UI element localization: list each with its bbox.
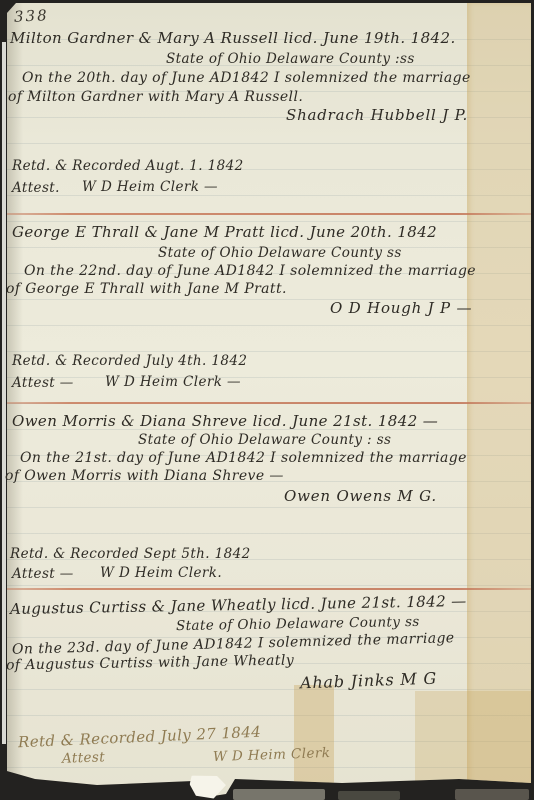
scanned-marriage-register-page: 338 Milton Gardner & Mary A Russell licd…: [0, 0, 534, 800]
entry-2-title: George E Thrall & Jane M Pratt licd. Jun…: [12, 225, 437, 240]
entry-1-attest-label: Attest.: [12, 182, 60, 196]
entry-3-attest-label: Attest —: [12, 568, 74, 582]
entry-1-body-line-2: of Milton Gardner with Mary A Russell.: [8, 90, 303, 104]
entry-3-state-line: State of Ohio Delaware County : ss: [138, 434, 391, 448]
scanner-bed-patch: [455, 789, 529, 800]
entry-1-body-line-1: On the 20th. day of June AD1842 I solemn…: [22, 71, 471, 85]
entry-1-title: Milton Gardner & Mary A Russell licd. Ju…: [10, 31, 456, 46]
entry-3-body-line-1: On the 21st. day of June AD1842 I solemn…: [20, 451, 467, 465]
red-separator-rule-2: [7, 402, 531, 404]
scanner-bed-patch: [338, 791, 400, 800]
entry-2-body-line-2: of George E Thrall with Jane M Pratt.: [6, 282, 287, 296]
entry-2-clerk-signature: W D Heim Clerk —: [105, 376, 241, 390]
entry-4-officiant-signature: Ahab Jinks M G: [300, 671, 437, 692]
page-number: 338: [14, 8, 49, 25]
entry-3-clerk-signature: W D Heim Clerk.: [100, 567, 222, 581]
scan-edge-white-sliver: [2, 42, 6, 744]
entry-2-attest-label: Attest —: [12, 377, 74, 391]
red-separator-rule-1: [7, 213, 531, 215]
entry-1-clerk-signature: W D Heim Clerk —: [82, 181, 218, 195]
entry-1-officiant-signature: Shadrach Hubbell J P.: [286, 108, 468, 123]
stain-bottom-right: [415, 691, 531, 797]
entry-2-state-line: State of Ohio Delaware County ss: [158, 247, 402, 261]
red-separator-rule-3: [7, 588, 531, 590]
entry-3-body-line-2: of Owen Morris with Diana Shreve —: [5, 469, 284, 483]
entry-3-officiant-signature: Owen Owens M G.: [284, 489, 437, 504]
entry-2-officiant-signature: O D Hough J P —: [330, 301, 472, 316]
entry-2-body-line-1: On the 22nd. day of June AD1842 I solemn…: [24, 264, 476, 278]
entry-1-state-line: State of Ohio Delaware County :ss: [166, 53, 415, 67]
entry-4-attest-label: Attest: [62, 751, 106, 766]
tan-stain-right-strip: [467, 3, 531, 797]
entry-2-recorded-line: Retd. & Recorded July 4th. 1842: [12, 355, 247, 369]
entry-1-recorded-line: Retd. & Recorded Augt. 1. 1842: [12, 160, 244, 174]
entry-3-title: Owen Morris & Diana Shreve licd. June 21…: [12, 414, 438, 429]
scanner-bed-patch: [233, 789, 325, 800]
binding-shadow: [7, 3, 23, 797]
entry-3-recorded-line: Retd. & Recorded Sept 5th. 1842: [10, 548, 251, 562]
tape-stain-bottom-center: [294, 685, 334, 797]
